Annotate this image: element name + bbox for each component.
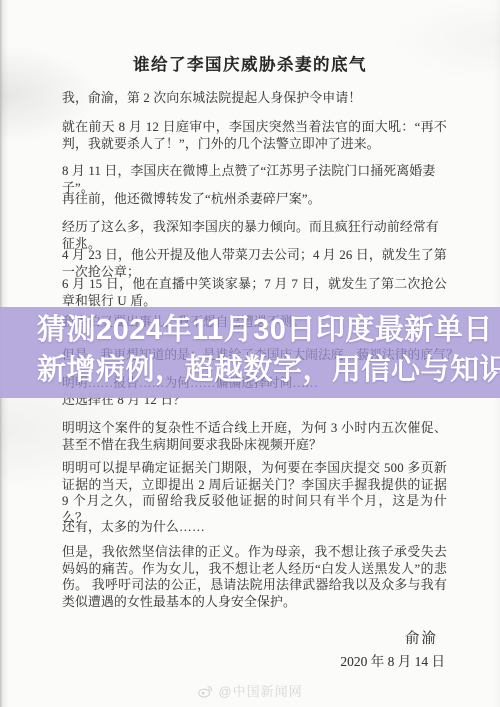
signature-date: 2020 年 8 月 14 日 — [340, 650, 445, 670]
letter-paragraph: 就在前天 8 月 12 日庭审中，李国庆突然当着法官的面大吼：“再不判，我就要杀… — [62, 119, 447, 152]
letter-paragraph: 明明这个案件的复杂性不适合线上开庭，为何 3 小时内五次催促、甚至不惜在我生病期… — [62, 420, 447, 453]
overlay-headline-line2: 新增病例，超越数字，用信心与知识 — [37, 350, 496, 390]
scanned-letter-page: 谁给了李国庆威胁杀妻的底气 我，俞渝，第 2 次向东城法院提起人身保护令申请！ … — [0, 0, 500, 707]
headline-overlay-band: 我害怕又要出事儿，我不想自己遭遇不测。 但是，我更想知道的是：是谁给了李国庆大闹… — [0, 307, 500, 398]
watermark-handle: @中国新闻网 — [218, 681, 302, 700]
weibo-logo-icon — [197, 684, 214, 698]
overlay-headline: 猜测2024年11月30日印度最新单日 新增病例，超越数字，用信心与知识 — [37, 310, 496, 390]
signature-name: 俞渝 — [405, 627, 438, 648]
watermark: @中国新闻网 — [0, 681, 500, 700]
letter-paragraph: 还有，太多的为什么…… — [62, 519, 447, 536]
letter-paragraph: 明明可以提早确定证据关门期限，为何要在李国庆提交 500 多页新证据的当天，立即… — [62, 460, 447, 526]
letter-title: 谁给了李国庆威胁杀妻的底气 — [0, 51, 500, 75]
letter-paragraph-intro: 我，俞渝，第 2 次向东城法院提起人身保护令申请！ — [62, 90, 447, 107]
letter-paragraph: 再往前，他还微博转发了“杭州杀妻碎尸案”。 — [62, 191, 447, 208]
letter-paragraph: 6 月 15 日，他在直播中笑谈家暴；7 月 7 日，就发生了第二次抢公章和银行… — [62, 276, 447, 309]
letter-paragraph: 但是，我依然坚信法律的正义。作为母亲，我不想让孩子承受失去妈妈的痛苦。作为女儿，… — [62, 544, 447, 610]
overlay-headline-line1: 猜测2024年11月30日印度最新单日 — [37, 310, 496, 350]
